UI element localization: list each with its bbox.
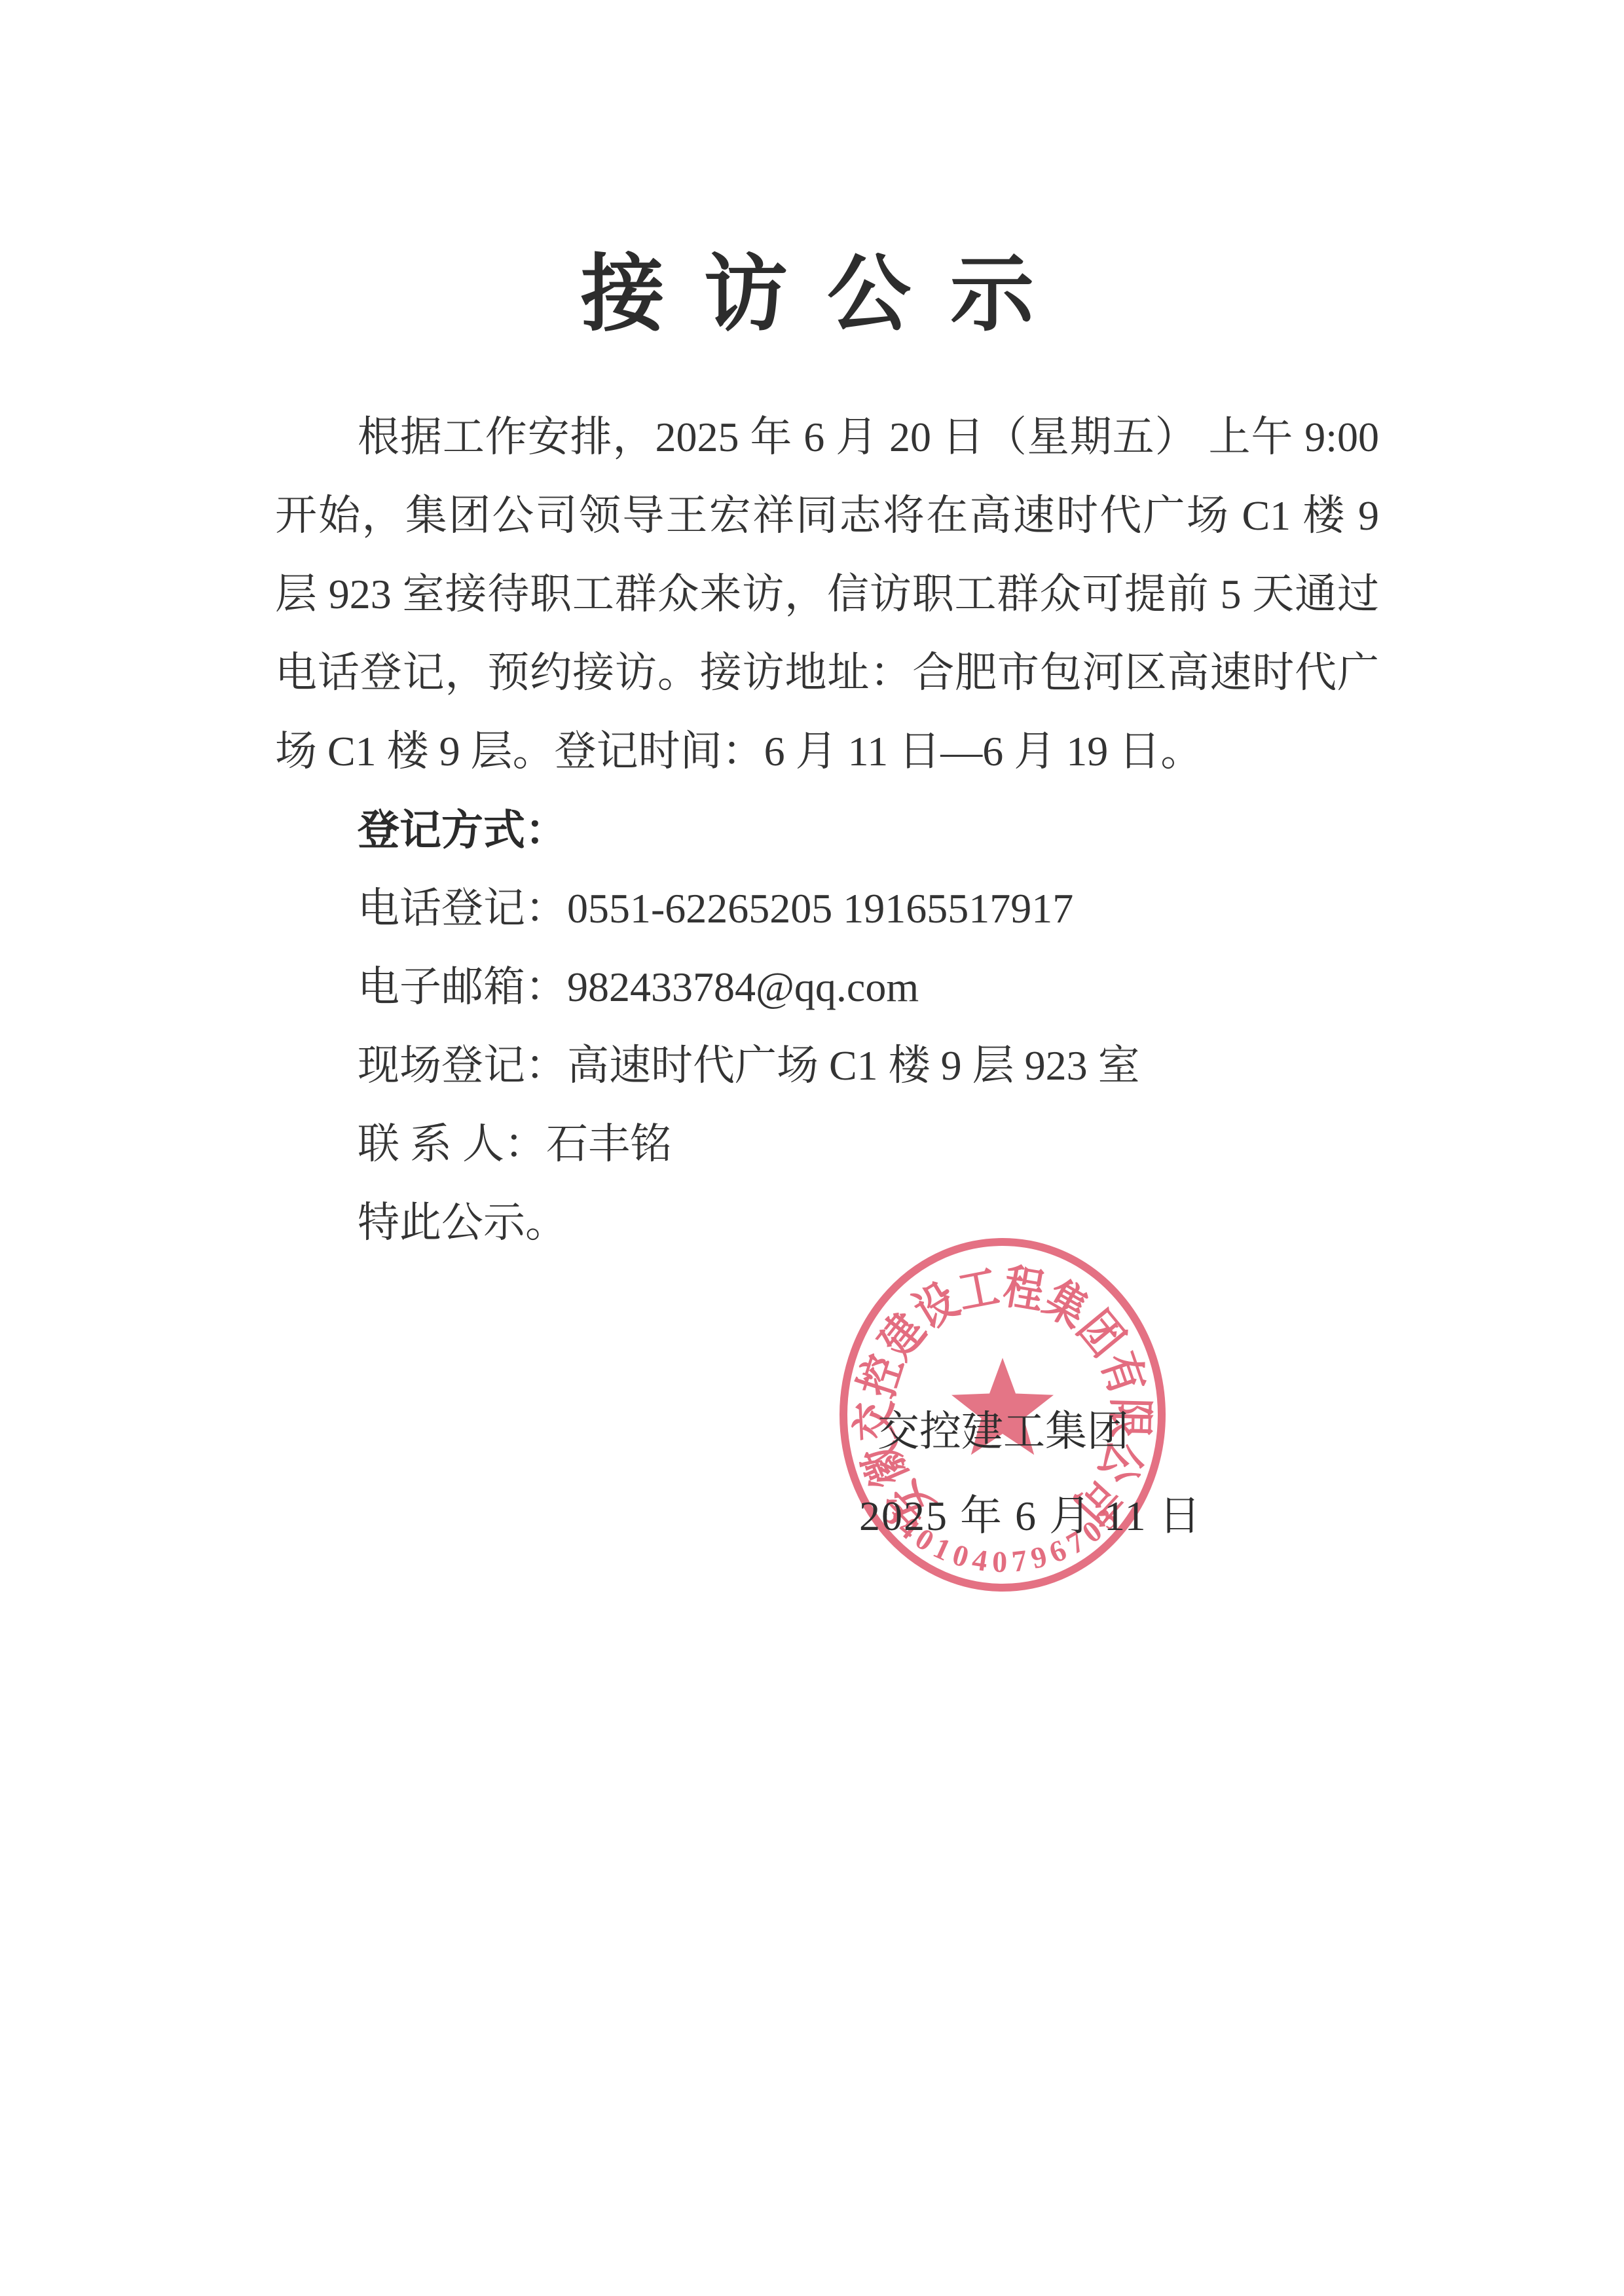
notice-document-page: 接 访 公 示 根据工作安排，2025 年 6 月 20 日（星期五） 上午 9… <box>0 0 1624 2296</box>
body-line: 电话登记，预约接访。接访地址：合肥市包河区高速时代广 <box>275 647 1379 699</box>
phone-registration-line: 电话登记：0551-62265205 19165517917 <box>358 883 1073 935</box>
email-line: 电子邮箱：982433784@qq.com <box>358 961 919 1013</box>
page-title: 接 访 公 示 <box>0 249 1624 341</box>
body-line: 开始，集团公司领导王宏祥同志将在高速时代广场 C1 楼 9 <box>275 490 1379 542</box>
body-line: 层 923 室接待职工群众来访，信访职工群众可提前 5 天通过 <box>275 568 1379 621</box>
registration-method-heading: 登记方式： <box>358 804 567 856</box>
body-line: 根据工作安排，2025 年 6 月 20 日（星期五） 上午 9:00 <box>358 411 1379 464</box>
signature-date: 2025 年 6 月 11 日 <box>859 1493 1202 1540</box>
onsite-registration-line: 现场登记：高速时代广场 C1 楼 9 层 923 室 <box>358 1040 1140 1092</box>
signature-org: 交控建工集团 <box>877 1409 1129 1455</box>
closing-line: 特此公示。 <box>358 1197 567 1249</box>
body-line: 场 C1 楼 9 层。登记时间：6 月 11 日—6 月 19 日。 <box>275 725 1202 778</box>
contact-person-line: 联 系 人：石丰铭 <box>358 1118 672 1171</box>
